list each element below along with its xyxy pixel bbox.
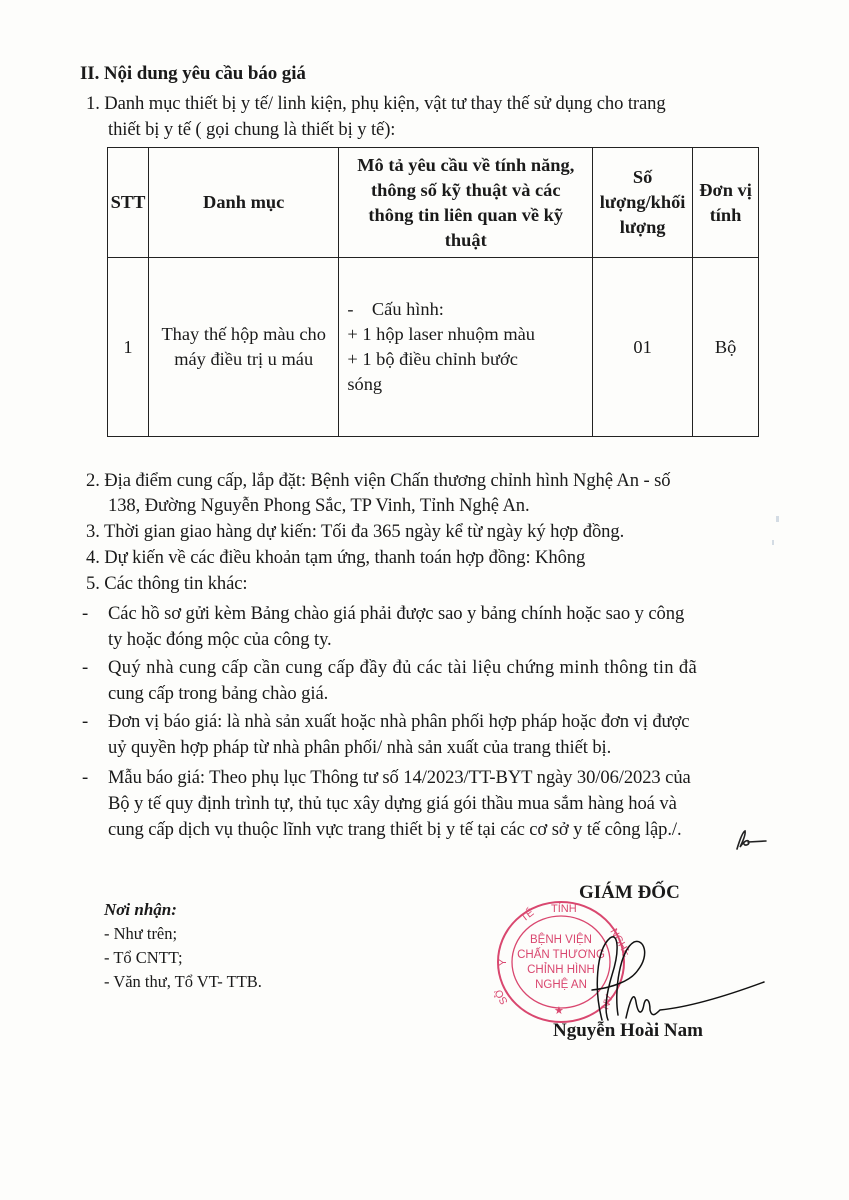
cell-category: Thay thế hộp màu cho máy điều trị u máu	[148, 258, 338, 437]
document-page: II. Nội dung yêu cầu báo giá 1. Danh mục…	[0, 0, 849, 1200]
bullet-2-line-1: Quý nhà cung cấp cần cung cấp đầy đủ các…	[108, 656, 697, 680]
signature-icon	[590, 930, 765, 1025]
scan-speck	[776, 516, 779, 522]
item-5: 5. Các thông tin khác:	[86, 572, 248, 596]
svg-text:NGHỆ AN: NGHỆ AN	[535, 978, 587, 991]
section-heading: II. Nội dung yêu cầu báo giá	[80, 62, 306, 86]
header-category: Danh mục	[148, 148, 338, 258]
item-4: 4. Dự kiến về các điều khoản tạm ứng, th…	[86, 546, 585, 570]
recipients-block: Nơi nhận: - Như trên; - Tổ CNTT; - Văn t…	[104, 898, 262, 994]
bullet-3-line-2: uỷ quyền hợp pháp từ nhà phân phối/ nhà …	[108, 736, 611, 760]
equipment-table: STT Danh mục Mô tả yêu cầu về tính năng,…	[107, 147, 759, 437]
svg-text:SỞ: SỞ	[494, 987, 511, 1007]
recipient-item: - Tổ CNTT;	[104, 946, 262, 970]
initial-mark-icon	[734, 829, 768, 851]
header-stt: STT	[108, 148, 149, 258]
recipient-item: - Như trên;	[104, 922, 262, 946]
item-3: 3. Thời gian giao hàng dự kiến: Tối đa 3…	[86, 520, 624, 544]
cell-stt: 1	[108, 258, 149, 437]
svg-text:★: ★	[554, 1005, 564, 1017]
header-quantity: Số lượng/khối lượng	[593, 148, 693, 258]
svg-text:CHỈNH HÌNH: CHỈNH HÌNH	[527, 963, 595, 976]
cell-quantity: 01	[593, 258, 693, 437]
header-unit: Đơn vị tính	[693, 148, 759, 258]
recipient-item: - Văn thư, Tổ VT- TTB.	[104, 970, 262, 994]
bullet-4-line-1: Mẫu báo giá: Theo phụ lục Thông tư số 14…	[108, 766, 691, 790]
cell-unit: Bộ	[693, 258, 759, 437]
cell-description: - Cấu hình: + 1 hộp laser nhuộm màu + 1 …	[339, 258, 593, 437]
bullet-dash: -	[82, 710, 88, 734]
item-2-line-1: 2. Địa điểm cung cấp, lắp đặt: Bệnh viện…	[86, 469, 670, 493]
table-row: 1 Thay thế hộp màu cho máy điều trị u má…	[108, 258, 759, 437]
bullet-2-line-2: cung cấp trong bảng chào giá.	[108, 682, 328, 706]
signer-name: Nguyễn Hoài Nam	[553, 1020, 703, 1042]
bullet-1-line-2: ty hoặc đóng mộc của công ty.	[108, 628, 332, 652]
bullet-4-line-2: Bộ y tế quy định trình tự, thủ tục xây d…	[108, 792, 677, 816]
scan-speck	[772, 540, 774, 545]
svg-text:Y: Y	[497, 959, 509, 966]
recipients-title: Nơi nhận:	[104, 898, 262, 922]
table-header-row: STT Danh mục Mô tả yêu cầu về tính năng,…	[108, 148, 759, 258]
bullet-dash: -	[82, 766, 88, 790]
item-1-line-1: 1. Danh mục thiết bị y tế/ linh kiện, ph…	[86, 92, 752, 116]
header-description: Mô tả yêu cầu về tính năng, thông số kỹ …	[339, 148, 593, 258]
svg-text:TỈNH: TỈNH	[551, 902, 577, 915]
item-1-line-2: thiết bị y tế ( gọi chung là thiết bị y …	[108, 118, 395, 142]
item-2-line-2: 138, Đường Nguyễn Phong Sắc, TP Vinh, Tỉ…	[108, 494, 530, 518]
bullet-dash: -	[82, 602, 88, 626]
svg-text:BỆNH VIỆN: BỆNH VIỆN	[530, 933, 592, 946]
bullet-3-line-1: Đơn vị báo giá: là nhà sản xuất hoặc nhà…	[108, 710, 689, 734]
bullet-1-line-1: Các hồ sơ gửi kèm Bảng chào giá phải đượ…	[108, 602, 684, 626]
bullet-4-line-3: cung cấp dịch vụ thuộc lĩnh vực trang th…	[108, 818, 682, 842]
bullet-dash: -	[82, 656, 88, 680]
